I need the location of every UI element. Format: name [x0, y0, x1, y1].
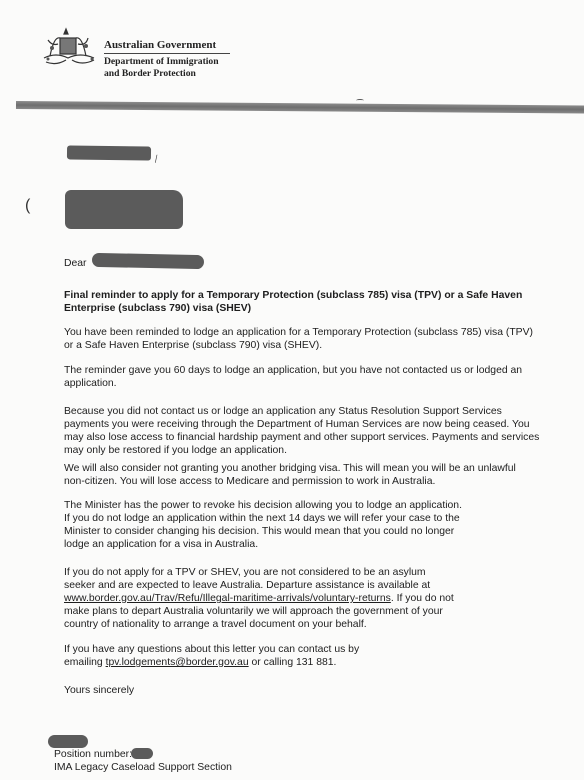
redacted-signatory — [48, 735, 88, 748]
salutation: Dear — [64, 257, 87, 270]
government-name: Australian Government — [104, 39, 216, 51]
departure-text: If you do not apply for a TPV or SHEV, y… — [64, 567, 430, 591]
voluntary-returns-link[interactable]: www.border.gov.au/Trav/Refu/Illegal-mari… — [64, 593, 391, 604]
letterhead-divider — [104, 53, 230, 54]
paragraph-departure: If you do not apply for a TPV or SHEV, y… — [64, 566, 454, 631]
letter-page: Australian Government Department of Immi… — [0, 0, 584, 780]
paragraph-reminder: You have been reminded to lodge an appli… — [64, 326, 539, 352]
scan-bracket-mark: ( — [25, 197, 30, 215]
paragraph-deadline: The reminder gave you 60 days to lodge a… — [64, 364, 539, 390]
position-number-label: Position number: — [54, 748, 132, 761]
redacted-recipient-name — [92, 253, 204, 269]
contact-text-after: or calling 131 881. — [249, 657, 337, 668]
department-name: Department of Immigration and Border Pro… — [104, 56, 219, 79]
letter-subject: Final reminder to apply for a Temporary … — [64, 289, 524, 315]
department-line-2: and Border Protection — [104, 68, 219, 80]
closing: Yours sincerely — [64, 684, 134, 697]
section-name: IMA Legacy Caseload Support Section — [54, 761, 232, 774]
redacted-reference — [67, 145, 151, 160]
email-link[interactable]: tpv.lodgements@border.gov.au — [106, 657, 249, 668]
paragraph-minister: The Minister has the power to revoke his… — [64, 499, 464, 551]
paragraph-bridging-visa: We will also consider not granting you a… — [64, 462, 539, 488]
paragraph-contact: If you have any questions about this let… — [64, 643, 394, 669]
handwritten-mark: ⁄ — [154, 154, 159, 165]
paragraph-payments: Because you did not contact us or lodge … — [64, 405, 544, 457]
scan-mark — [356, 99, 364, 102]
header-bar — [16, 101, 584, 114]
department-line-1: Department of Immigration — [104, 56, 219, 68]
coat-of-arms-icon — [42, 26, 100, 70]
redacted-position-number — [131, 748, 153, 759]
redacted-address — [65, 190, 183, 229]
